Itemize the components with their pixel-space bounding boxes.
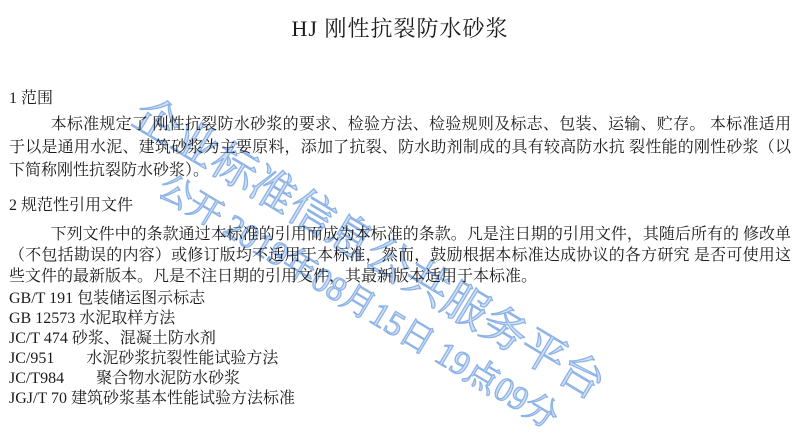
reference-item: GB 12573 水泥取样方法 — [9, 309, 791, 329]
reference-item: JC/951 水泥砂浆抗裂性能试验方法 — [9, 349, 791, 369]
reference-item: JC/T984 聚合物水泥防水砂浆 — [9, 369, 791, 389]
document-page: { "document": { "title": "HJ 刚性抗裂防水砂浆", … — [0, 0, 800, 434]
reference-item: JGJ/T 70 建筑砂浆基本性能试验方法标准 — [9, 389, 791, 409]
document-title: HJ 刚性抗裂防水砂浆 — [9, 15, 791, 43]
section-heading-scope: 1 范围 — [9, 89, 791, 109]
section-heading-normative-references: 2 规范性引用文件 — [9, 196, 791, 216]
document-body: HJ 刚性抗裂防水砂浆 document.currentScript.previ… — [0, 0, 800, 434]
reference-item: JC/T 474 砂浆、混凝土防水剂 — [9, 329, 791, 349]
reference-item: GB/T 191 包装储运图示标志 — [9, 289, 791, 309]
reference-list: GB/T 191 包装储运图示标志 GB 12573 水泥取样方法 JC/T 4… — [9, 289, 791, 409]
scope-paragraph: 本标准规定了 刚性抗裂防水砂浆的要求、检验方法、检验规则及标志、包装、运输、贮存… — [9, 113, 791, 182]
normative-references-paragraph: 下列文件中的条款通过本标准的引用而成为本标准的条款。凡是注日期的引用文件，其随后… — [9, 224, 791, 287]
